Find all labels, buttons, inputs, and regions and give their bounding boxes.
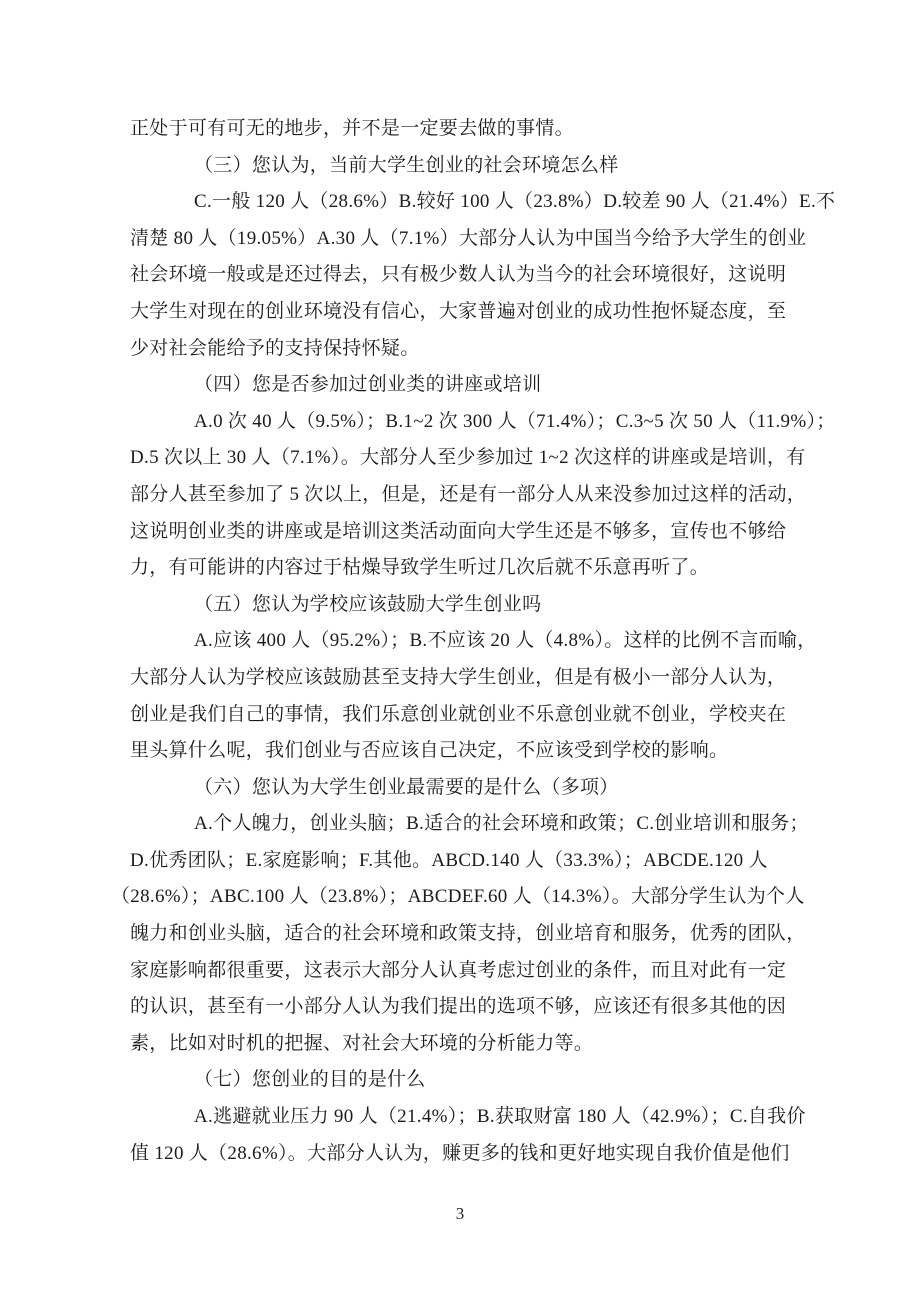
question-heading-line: （五）您认为学校应该鼓励大学生创业吗 bbox=[130, 587, 890, 624]
document-line: 素，比如对时机的把握、对社会大环境的分析能力等。 bbox=[130, 1026, 890, 1063]
document-line: 值 120 人（28.6%）。大部分人认为，赚更多的钱和更好地实现自我价值是他们 bbox=[130, 1136, 890, 1173]
document-text-block: 正处于可有可无的地步，并不是一定要去做的事情。 （三）您认为，当前大学生创业的社… bbox=[130, 111, 890, 1172]
document-line: C.一般 120 人（28.6%）B.较好 100 人（23.8%）D.较差 9… bbox=[130, 184, 890, 221]
document-line: D.优秀团队；E.家庭影响；F.其他。ABCD.140 人（33.3%）；ABC… bbox=[130, 843, 890, 880]
question-heading-line: （四）您是否参加过创业类的讲座或培训 bbox=[130, 367, 890, 404]
document-line: 家庭影响都很重要，这表示大部分人认真考虑过创业的条件，而且对此有一定 bbox=[130, 953, 890, 990]
page-number: 3 bbox=[0, 1202, 920, 1226]
document-line: 正处于可有可无的地步，并不是一定要去做的事情。 bbox=[130, 111, 890, 148]
document-line: A.个人魄力，创业头脑；B.适合的社会环境和政策；C.创业培训和服务； bbox=[130, 806, 890, 843]
document-line: 里头算什么呢，我们创业与否应该自己决定，不应该受到学校的影响。 bbox=[130, 733, 890, 770]
document-line: 力，有可能讲的内容过于枯燥导致学生听过几次后就不乐意再听了。 bbox=[130, 550, 890, 587]
document-line: （28.6%）；ABC.100 人（23.8%）；ABCDEF.60 人（14.… bbox=[111, 879, 890, 916]
question-heading-line: （六）您认为大学生创业最需要的是什么（多项） bbox=[130, 770, 890, 807]
document-line: 部分人甚至参加了 5 次以上，但是，还是有一部分人从来没参加过这样的活动， bbox=[130, 477, 890, 514]
document-line: A.逃避就业压力 90 人（21.4%）；B.获取财富 180 人（42.9%）… bbox=[130, 1099, 890, 1136]
question-heading-line: （七）您创业的目的是什么 bbox=[130, 1062, 890, 1099]
document-page: 正处于可有可无的地步，并不是一定要去做的事情。 （三）您认为，当前大学生创业的社… bbox=[0, 0, 920, 1302]
document-line: A.应该 400 人（95.2%）；B.不应该 20 人（4.8%）。这样的比例… bbox=[130, 623, 890, 660]
document-line: 的认识，甚至有一小部分人认为我们提出的选项不够，应该还有很多其他的因 bbox=[130, 989, 890, 1026]
document-line: 这说明创业类的讲座或是培训这类活动面向大学生还是不够多，宣传也不够给 bbox=[130, 514, 890, 551]
document-line: 大学生对现在的创业环境没有信心，大家普遍对创业的成功性抱怀疑态度，至 bbox=[130, 294, 890, 331]
document-line: D.5 次以上 30 人（7.1%）。大部分人至少参加过 1~2 次这样的讲座或… bbox=[130, 440, 890, 477]
document-line: 少对社会能给予的支持保持怀疑。 bbox=[130, 331, 890, 368]
document-line: 社会环境一般或是还过得去，只有极少数人认为当今的社会环境很好，这说明 bbox=[130, 257, 890, 294]
question-heading-line: （三）您认为，当前大学生创业的社会环境怎么样 bbox=[130, 148, 890, 185]
document-line: 清楚 80 人（19.05%）A.30 人（7.1%）大部分人认为中国当今给予大… bbox=[130, 221, 890, 258]
document-line: 创业是我们自己的事情，我们乐意创业就创业不乐意创业就不创业，学校夹在 bbox=[130, 697, 890, 734]
document-line: 魄力和创业头脑，适合的社会环境和政策支持，创业培育和服务，优秀的团队， bbox=[130, 916, 890, 953]
document-line: A.0 次 40 人（9.5%）；B.1~2 次 300 人（71.4%）；C.… bbox=[130, 404, 890, 441]
document-line: 大部分人认为学校应该鼓励甚至支持大学生创业，但是有极小一部分人认为， bbox=[130, 660, 890, 697]
